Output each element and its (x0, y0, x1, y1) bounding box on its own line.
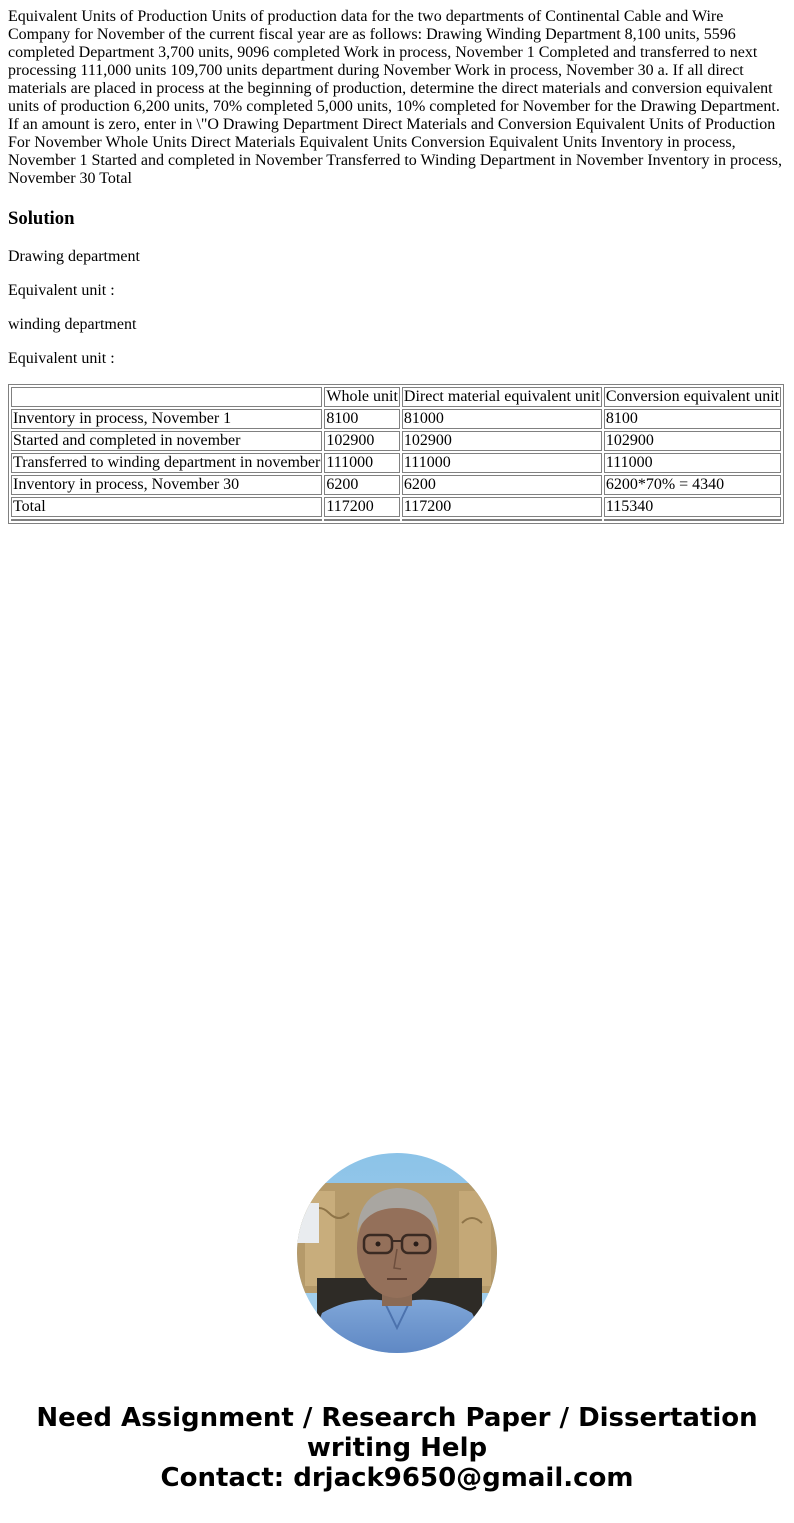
table-empty-row (11, 519, 781, 521)
table-header-row: Whole unit Direct material equivalent un… (11, 387, 781, 407)
whole-unit-cell: 8100 (324, 409, 400, 429)
equivalent-unit-label: Equivalent unit : (8, 282, 786, 300)
empty-cell (402, 519, 602, 521)
direct-material-cell: 117200 (402, 497, 602, 517)
row-label: Started and completed in november (11, 431, 322, 451)
table-row: Inventory in process, November 30 6200 6… (11, 475, 781, 495)
whole-unit-cell: 102900 (324, 431, 400, 451)
winding-department-label: winding department (8, 316, 786, 334)
promo-footer: Need Assignment / Research Paper / Disse… (0, 1403, 794, 1493)
row-label: Transferred to winding department in nov… (11, 453, 322, 473)
table-row: Inventory in process, November 1 8100 81… (11, 409, 781, 429)
direct-material-cell: 102900 (402, 431, 602, 451)
table-row-total: Total 117200 117200 115340 (11, 497, 781, 517)
promo-line-2: writing Help (0, 1433, 794, 1463)
equivalent-unit-label: Equivalent unit : (8, 350, 786, 368)
header-cell: Direct material equivalent unit (402, 387, 602, 407)
conversion-cell: 8100 (604, 409, 781, 429)
contact-email: Contact: drjack9650@gmail.com (0, 1463, 794, 1493)
conversion-cell: 6200*70% = 4340 (604, 475, 781, 495)
empty-cell (324, 519, 400, 521)
conversion-cell: 102900 (604, 431, 781, 451)
row-label: Total (11, 497, 322, 517)
header-cell: Whole unit (324, 387, 400, 407)
conversion-cell: 115340 (604, 497, 781, 517)
conversion-cell: 111000 (604, 453, 781, 473)
table-row: Transferred to winding department in nov… (11, 453, 781, 473)
whole-unit-cell: 111000 (324, 453, 400, 473)
row-label: Inventory in process, November 30 (11, 475, 322, 495)
page-content: Equivalent Units of Production Units of … (0, 0, 794, 524)
equivalent-units-table: Whole unit Direct material equivalent un… (8, 384, 784, 524)
drawing-department-label: Drawing department (8, 248, 786, 266)
header-cell (11, 387, 322, 407)
whole-unit-cell: 117200 (324, 497, 400, 517)
question-text: Equivalent Units of Production Units of … (8, 8, 786, 188)
solution-heading: Solution (8, 208, 786, 230)
promo-line-1: Need Assignment / Research Paper / Disse… (0, 1403, 794, 1433)
empty-cell (604, 519, 781, 521)
empty-cell (11, 519, 322, 521)
direct-material-cell: 81000 (402, 409, 602, 429)
tutor-avatar (297, 1153, 497, 1353)
direct-material-cell: 111000 (402, 453, 602, 473)
tutor-photo-icon (297, 1153, 497, 1353)
header-cell: Conversion equivalent unit (604, 387, 781, 407)
direct-material-cell: 6200 (402, 475, 602, 495)
table-row: Started and completed in november 102900… (11, 431, 781, 451)
row-label: Inventory in process, November 1 (11, 409, 322, 429)
whole-unit-cell: 6200 (324, 475, 400, 495)
